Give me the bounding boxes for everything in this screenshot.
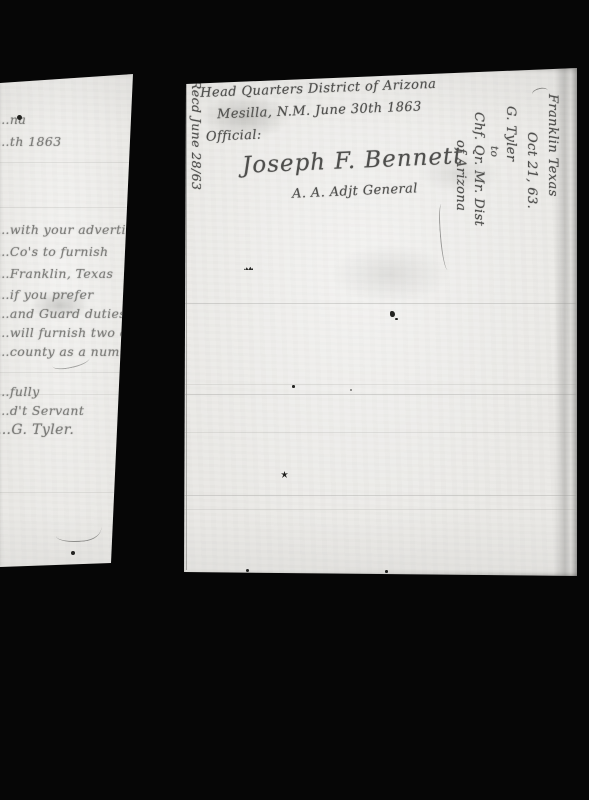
- letter-fragment: …will furnish two of: [0, 325, 133, 340]
- letter-fragment: …with your advertisem't: [0, 222, 162, 237]
- ruled-line: [0, 207, 140, 208]
- docket-line: G. Tyler: [501, 86, 518, 316]
- ruled-line: [180, 432, 578, 433]
- ruled-line: [180, 495, 578, 496]
- ruled-line: [180, 394, 578, 395]
- ruled-line: [180, 509, 578, 510]
- ink-speck: [71, 551, 75, 555]
- ruled-line: [0, 372, 140, 373]
- page-fold-edge: [186, 78, 187, 570]
- letter-fragment: …Franklin, Texas: [0, 266, 113, 281]
- dust-speck: [350, 389, 352, 391]
- left-page: …na …th 1863 …with your advertisem't …Co…: [0, 70, 140, 572]
- docket-line: Oct 21, 63.: [523, 86, 540, 316]
- ruled-line: [0, 492, 140, 493]
- paper-smudge: [30, 290, 90, 320]
- ink-speck: [17, 115, 22, 120]
- docket-line: of Arizona: [451, 86, 468, 316]
- letter-fragment: …na: [0, 112, 26, 127]
- dust-speck: [385, 570, 388, 573]
- ink-speck: [395, 318, 398, 320]
- paper-smudge: [330, 244, 450, 304]
- letter-fragment: …th 1863: [0, 134, 62, 149]
- paper-smudge: [420, 154, 500, 194]
- right-page: Head Quarters District of Arizona Mesill…: [180, 64, 578, 578]
- letter-fragment: …Co's to furnish: [0, 244, 109, 259]
- received-note: Recd June 28/63: [189, 80, 204, 190]
- docket-line: Franklin Texas: [543, 86, 560, 316]
- scanned-document-image: …na …th 1863 …with your advertisem't …Co…: [0, 0, 589, 800]
- letter-signature-fragment: …G. Tyler.: [0, 422, 74, 438]
- docket-line: Chf. Qr. Mr. Dist: [469, 86, 486, 316]
- dust-speck: [246, 569, 249, 572]
- bleedthrough-smudge: [200, 94, 290, 140]
- docket-block: Franklin Texas Oct 21, 63. G. Tyler to C…: [440, 86, 560, 316]
- docket-line: to: [487, 86, 500, 316]
- ruled-line: [180, 384, 578, 385]
- ruled-line: [0, 162, 140, 163]
- letter-fragment: …fully: [0, 384, 40, 399]
- dust-speck: [292, 385, 295, 388]
- ink-speck: [390, 311, 395, 317]
- letter-fragment: …d't Servant: [0, 403, 84, 418]
